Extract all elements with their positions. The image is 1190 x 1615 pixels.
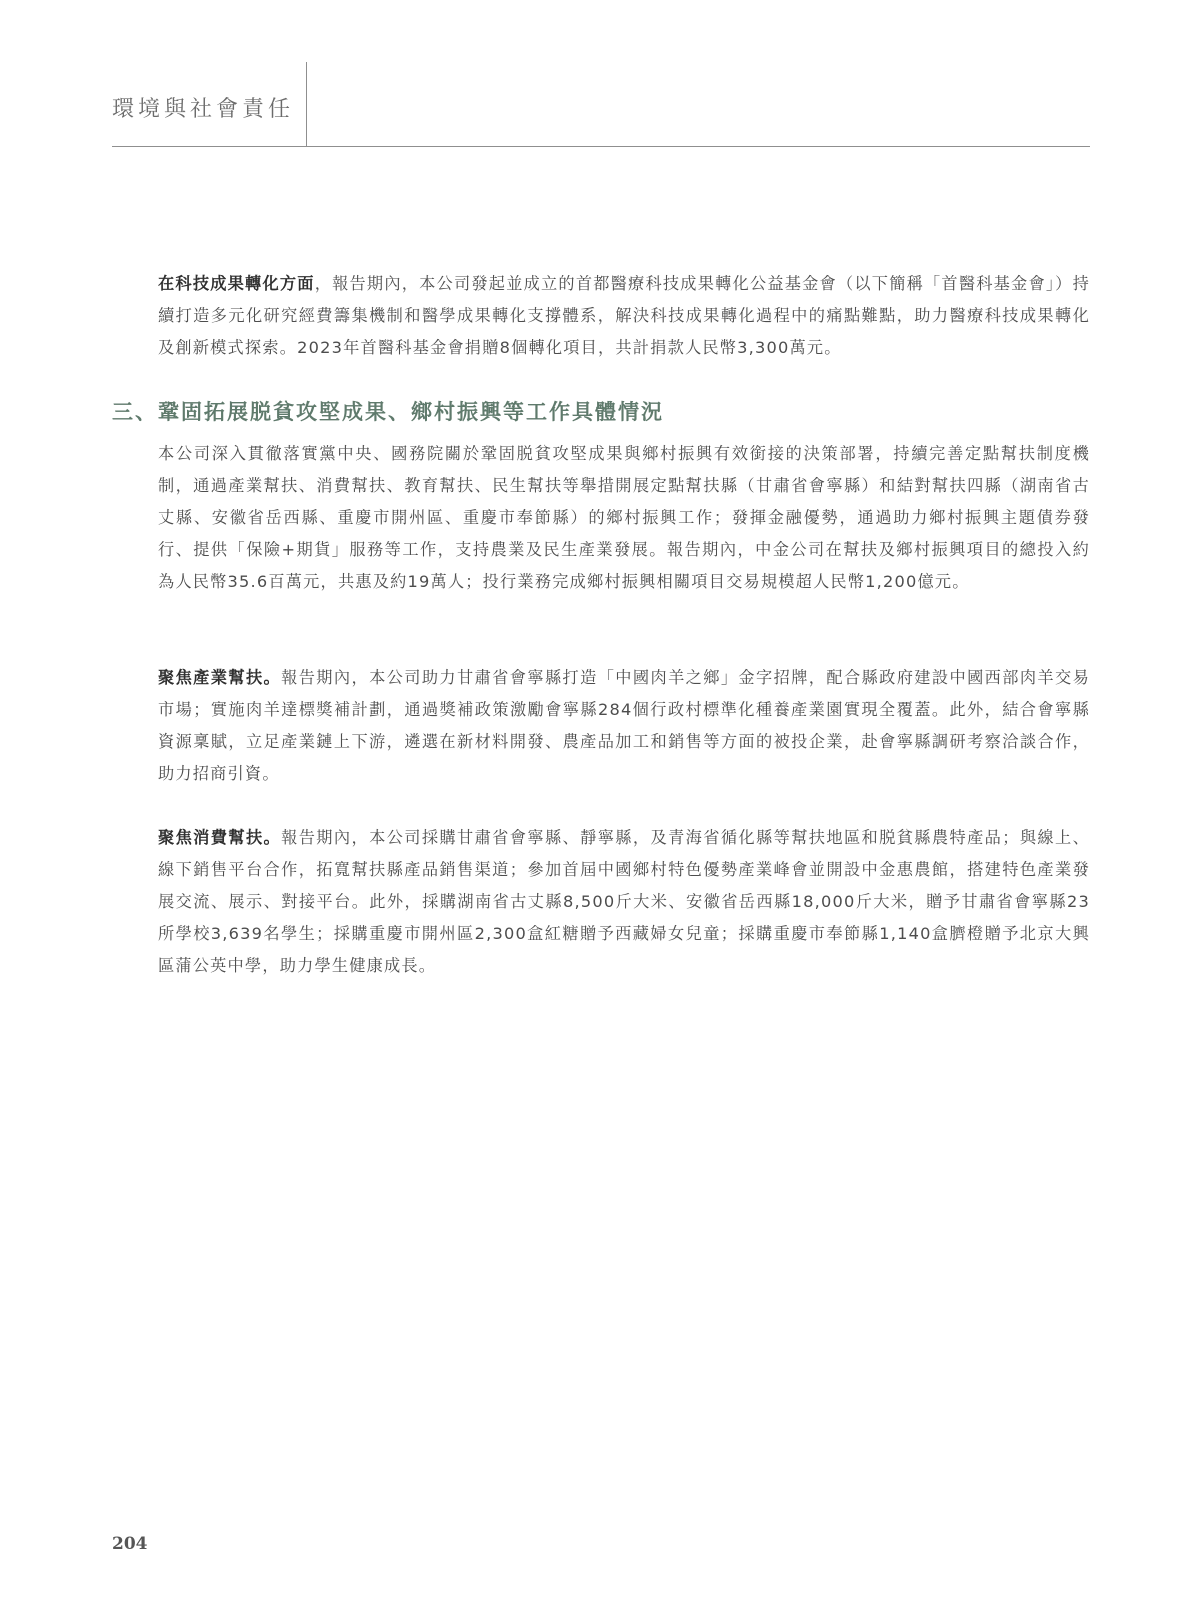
paragraph-lead: 聚焦產業幫扶。	[158, 668, 281, 687]
paragraph-industry-support: 聚焦產業幫扶。報告期內，本公司助力甘肅省會寧縣打造「中國肉羊之鄉」金字招牌，配合…	[158, 662, 1090, 790]
paragraph-lead: 聚焦消費幫扶。	[158, 828, 281, 847]
page-number: 204	[112, 1534, 148, 1554]
section-intro-paragraph: 本公司深入貫徹落實黨中央、國務院關於鞏固脱貧攻堅成果與鄉村振興有效銜接的決策部署…	[158, 438, 1090, 598]
header-horizontal-divider	[112, 146, 1090, 147]
paragraph-body: 報告期內，本公司助力甘肅省會寧縣打造「中國肉羊之鄉」金字招牌，配合縣政府建設中國…	[158, 668, 1090, 783]
section-heading: 三、鞏固拓展脱貧攻堅成果、鄉村振興等工作具體情況	[112, 396, 664, 426]
running-header-title: 環境與社會責任	[112, 92, 294, 123]
paragraph-tech-transfer: 在科技成果轉化方面，報告期內，本公司發起並成立的首都醫療科技成果轉化公益基金會（…	[158, 268, 1090, 364]
header-vertical-divider	[306, 62, 307, 146]
paragraph-body: 報告期內，本公司採購甘肅省會寧縣、靜寧縣，及青海省循化縣等幫扶地區和脱貧縣農特產…	[158, 828, 1090, 975]
paragraph-lead: 在科技成果轉化方面	[158, 274, 315, 293]
paragraph-consumption-support: 聚焦消費幫扶。報告期內，本公司採購甘肅省會寧縣、靜寧縣，及青海省循化縣等幫扶地區…	[158, 822, 1090, 982]
page-header: 環境與社會責任	[0, 0, 1190, 150]
